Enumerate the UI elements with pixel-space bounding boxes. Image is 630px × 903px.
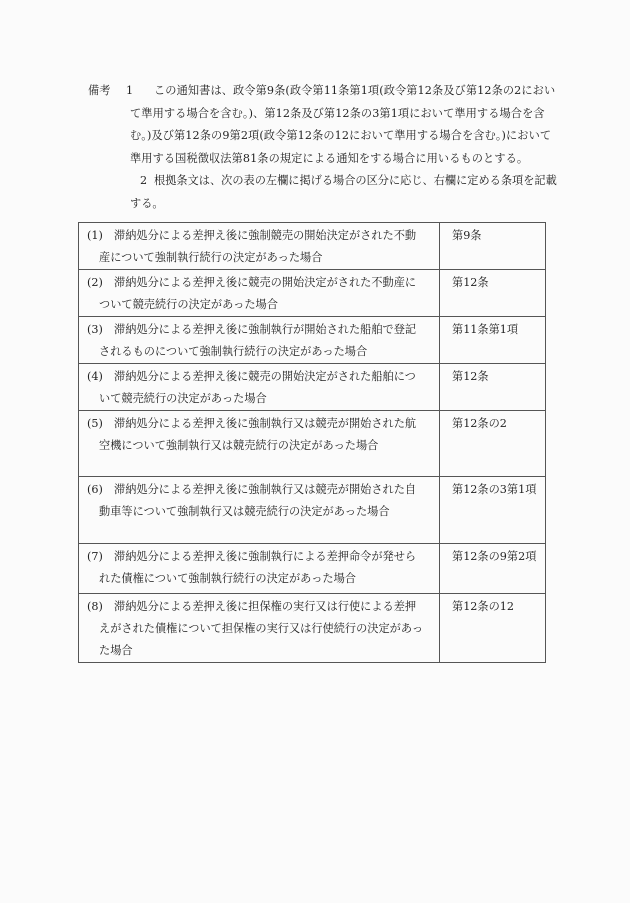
remark-text: この通知書は、政令第9条(政令第11条第1項(政令第12条及び第12条の2におい… [88,80,558,170]
table-row: (6) 滞納処分による差押え後に強制執行又は競売が開始された自動車等について強制… [79,477,546,544]
article-cell: 第11条第1項 [440,317,546,364]
article-cell: 第12条の9第2項 [440,544,546,594]
remarks-section: 備考 1 この通知書は、政令第9条(政令第11条第1項(政令第12条及び第12条… [88,80,558,215]
table-row: (2) 滞納処分による差押え後に競売の開始決定がされた不動産について競売続行の決… [79,270,546,317]
case-cell: (6) 滞納処分による差押え後に強制執行又は競売が開始された自動車等について強制… [79,477,440,544]
article-cell: 第12条の2 [440,411,546,477]
case-cell: (7) 滞納処分による差押え後に強制執行による差押命令が発せられた債権について強… [79,544,440,594]
article-cell: 第12条の3第1項 [440,477,546,544]
table-row: (3) 滞納処分による差押え後に強制執行が開始された船舶で登記されるものについて… [79,317,546,364]
case-cell: (8) 滞納処分による差押え後に担保権の実行又は行使による差押えがされた債権につ… [79,594,440,663]
article-table: (1) 滞納処分による差押え後に強制競売の開始決定がされた不動産について強制執行… [78,222,546,663]
article-cell: 第12条 [440,270,546,317]
table-row: (1) 滞納処分による差押え後に強制競売の開始決定がされた不動産について強制執行… [79,223,546,270]
table-row: (4) 滞納処分による差押え後に競売の開始決定がされた船舶について競売続行の決定… [79,364,546,411]
case-cell: (5) 滞納処分による差押え後に強制執行又は競売が開始された航空機について強制執… [79,411,440,477]
remark-number: 1 [126,80,133,103]
case-cell: (2) 滞納処分による差押え後に競売の開始決定がされた不動産について競売続行の決… [79,270,440,317]
case-cell: (3) 滞納処分による差押え後に強制執行が開始された船舶で登記されるものについて… [79,317,440,364]
table-row: (8) 滞納処分による差押え後に担保権の実行又は行使による差押えがされた債権につ… [79,594,546,663]
case-cell: (4) 滞納処分による差押え後に競売の開始決定がされた船舶について競売続行の決定… [79,364,440,411]
remark-text: 根拠条文は、次の表の左欄に掲げる場合の区分に応じ、右欄に定める条項を記載する。 [88,170,558,215]
article-cell: 第12条 [440,364,546,411]
case-cell: (1) 滞納処分による差押え後に強制競売の開始決定がされた不動産について強制執行… [79,223,440,270]
remarks-label: 備考 [88,80,110,103]
article-cell: 第12条の12 [440,594,546,663]
remark-item-2: 2 根拠条文は、次の表の左欄に掲げる場合の区分に応じ、右欄に定める条項を記載する… [88,170,558,215]
table-row: (5) 滞納処分による差押え後に強制執行又は競売が開始された航空機について強制執… [79,411,546,477]
table-row: (7) 滞納処分による差押え後に強制執行による差押命令が発せられた債権について強… [79,544,546,594]
remark-number: 2 [140,170,147,193]
remark-item-1: 備考 1 この通知書は、政令第9条(政令第11条第1項(政令第12条及び第12条… [88,80,558,170]
article-cell: 第9条 [440,223,546,270]
